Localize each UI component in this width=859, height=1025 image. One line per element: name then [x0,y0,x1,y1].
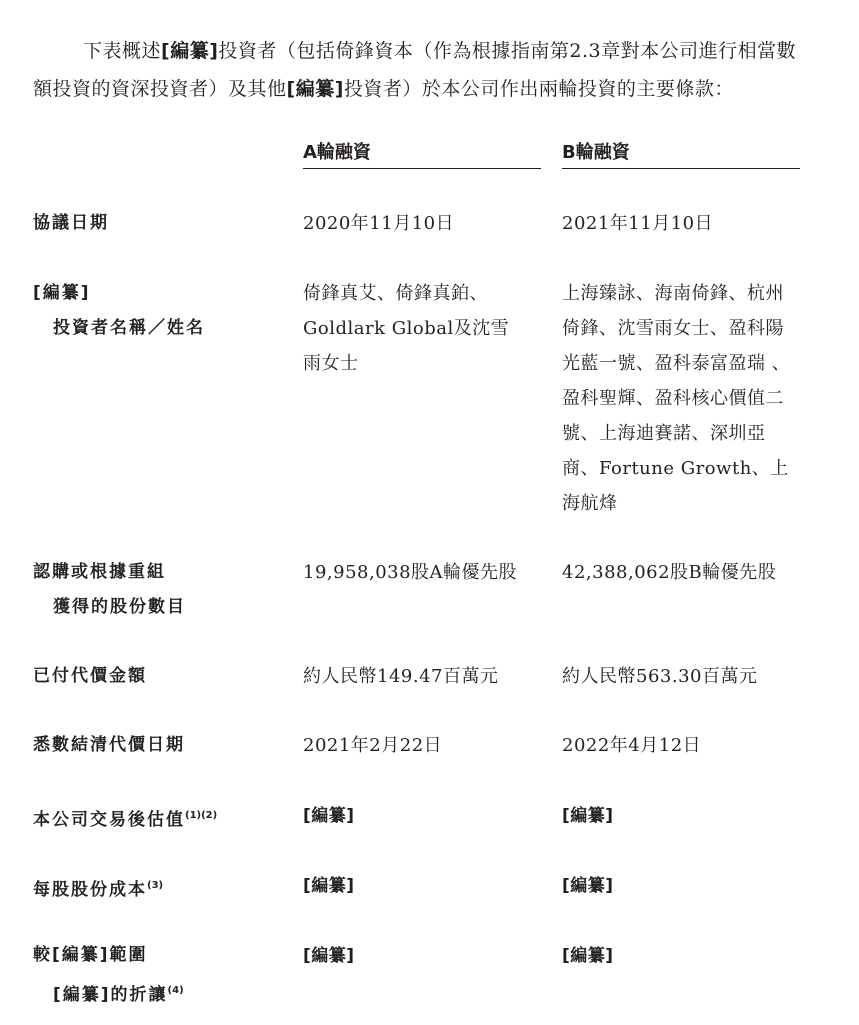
redacted-mark: [編纂] [303,946,355,966]
cell-series-b: 約人民幣563.30百萬元 [562,659,802,694]
row-label-text-line2: [編纂]的折讓(4) [33,973,273,1013]
cell-series-a: 19,958,038股A輪優先股 [303,555,533,590]
intro-paragraph: 下表概述[編纂]投資者（包括倚鋒資本（作為根據指南第2.3章對本公司進行相當數額… [33,32,813,108]
cell-series-b: 42,388,062股B輪優先股 [562,555,802,590]
cell-series-a: [編纂] [303,798,533,834]
footnote-marker: (4) [168,985,184,996]
redacted-mark: [編纂] [562,806,614,826]
cell-series-b: [編纂] [562,798,802,834]
row-label: 本公司交易後估值(1)(2) [33,798,273,838]
row-label-text: 本公司交易後估值 [33,810,185,830]
row-label: 認購或根據重組獲得的股份數目 [33,555,273,625]
row-label: 較[編纂]範圍[編纂]的折讓(4) [33,938,273,1013]
column-header-series-b: B輪融資 [562,138,800,169]
row-label-text: [編纂] [33,283,91,303]
column-header-series-a: A輪融資 [303,138,541,169]
cell-series-b: 上海臻詠、海南倚鋒、杭州倚鋒、沈雪雨女士、盈科陽光藍一號、盈科泰富盈瑞 、盈科聖… [562,276,794,521]
redacted-mark: [編纂] [161,40,218,62]
row-label: 已付代價金額 [33,659,273,694]
row-label-text: 每股股份成本 [33,880,147,900]
row-label-text-line2-content: [編纂]的折讓 [53,985,168,1005]
intro-text-1: 下表概述 [83,40,161,62]
row-label: 每股股份成本(3) [33,868,273,908]
cell-series-a: 約人民幣149.47百萬元 [303,659,533,694]
row-label-text: 已付代價金額 [33,666,147,686]
row-label-text-line2: 投資者名稱／姓名 [33,311,273,346]
cell-series-b: 2022年4月12日 [562,728,802,763]
row-label-text: 較[編纂]範圍 [33,945,148,965]
redacted-mark: [編纂] [303,876,355,896]
cell-series-b: 2021年11月10日 [562,206,802,241]
row-label-text-line2: 獲得的股份數目 [33,590,273,625]
row-label-text: 協議日期 [33,213,109,233]
cell-series-a: [編纂] [303,938,533,974]
cell-series-b: [編纂] [562,868,802,904]
redacted-mark: [編纂] [562,946,614,966]
redacted-mark: [編纂] [287,78,344,100]
row-label-text: 悉數結清代價日期 [33,735,185,755]
row-label: 悉數結清代價日期 [33,728,273,763]
cell-series-a: 2021年2月22日 [303,728,533,763]
cell-series-a: 2020年11月10日 [303,206,533,241]
redacted-mark: [編纂] [303,806,355,826]
footnote-marker: (3) [147,880,163,891]
intro-text-3: 投資者）於本公司作出兩輪投資的主要條款： [344,78,734,100]
row-label: 協議日期 [33,206,273,241]
cell-series-b: [編纂] [562,938,802,974]
row-label-text: 認購或根據重組 [33,562,166,582]
redacted-mark: [編纂] [562,876,614,896]
cell-series-a: [編纂] [303,868,533,904]
cell-series-a: 倚鋒真艾、倚鋒真鉑、Goldlark Global及沈雪雨女士 [303,276,518,381]
footnote-marker: (1)(2) [185,810,217,821]
row-label: [編纂]投資者名稱／姓名 [33,276,273,346]
